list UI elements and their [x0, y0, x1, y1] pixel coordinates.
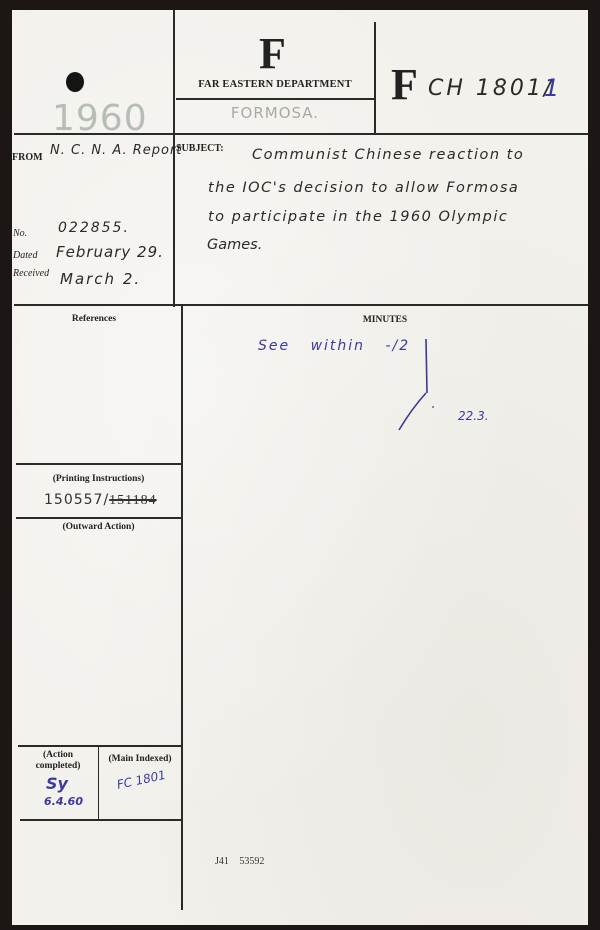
action-completed-initials: Sy — [46, 774, 68, 793]
printing-number-struck: 151184 — [109, 493, 156, 508]
divider-printing-bottom — [16, 517, 181, 519]
faint-printed-text — [80, 184, 82, 193]
department-name: FAR EASTERN DEPARTMENT — [176, 79, 374, 90]
form-code-number: 53592 — [239, 856, 264, 867]
divider-action-bottom — [20, 819, 181, 821]
subject-line-1: Communist Chinese reaction to — [252, 147, 524, 163]
department-letter: F — [259, 28, 286, 79]
action-completed-date: 6.4.60 — [44, 795, 83, 808]
dated-value: February 29. — [56, 243, 164, 261]
printing-number: 150557/151184 — [44, 492, 157, 509]
printing-instructions-label: (Printing Instructions) — [16, 474, 181, 484]
country-stamp: FORMOSA. — [176, 104, 374, 122]
scanned-document-viewport: 1960 F FAR EASTERN DEPARTMENT FORMOSA. F… — [0, 0, 600, 930]
references-heading: References — [14, 314, 174, 324]
file-prefix-letter: F — [391, 59, 418, 110]
divider-header-right — [374, 22, 376, 134]
subject-line-2: the IOC's decision to allow Formosa — [208, 180, 519, 196]
printing-number-current: 150557/ — [44, 492, 109, 508]
divider-header-bottom — [14, 133, 588, 135]
main-indexed-label: (Main Indexed) — [99, 754, 181, 764]
outward-action-label: (Outward Action) — [16, 522, 181, 532]
divider-subject-bottom — [14, 304, 588, 306]
form-code: J41 53592 — [215, 856, 264, 867]
file-number: CH 1801/ — [428, 76, 554, 101]
number-label: No. — [13, 228, 27, 239]
action-completed-label: (Action completed) — [18, 750, 98, 772]
minutes-heading: MINUTES — [182, 315, 588, 325]
minutes-note: See within -/2 — [258, 338, 410, 354]
divider-action-top — [18, 745, 181, 747]
file-number-suffix: 1 — [544, 74, 559, 102]
received-label: Received — [13, 268, 49, 279]
minutes-date: 22.3. — [458, 409, 489, 423]
divider-left-column-bottom — [181, 305, 183, 910]
subject-label: SUBJECT: — [176, 143, 224, 154]
form-code-series: J41 — [215, 856, 229, 867]
divider-department — [176, 98, 374, 100]
subject-line-3: to participate in the 1960 Olympic — [208, 209, 508, 225]
dated-label: Dated — [13, 250, 37, 261]
minutes-signature — [395, 335, 435, 435]
divider-left-column-top — [173, 10, 175, 307]
received-value: March 2. — [60, 270, 141, 288]
punch-hole — [66, 72, 84, 92]
divider-printing-top — [16, 463, 181, 465]
from-label: FROM — [12, 152, 43, 163]
from-value: N. C. N. A. Report — [50, 143, 182, 158]
subject-line-4: Games. — [207, 237, 262, 253]
number-value: 022855. — [58, 220, 130, 236]
